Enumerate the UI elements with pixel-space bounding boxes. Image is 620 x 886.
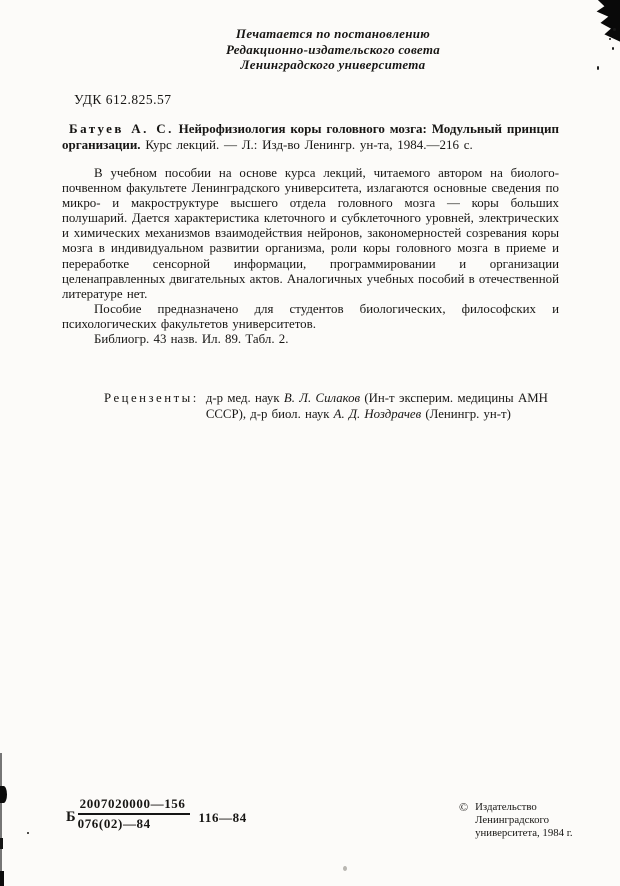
scan-artifact-edge-blob [0, 786, 7, 803]
edition-notice: Печатается по постановлению Редакционно-… [163, 26, 503, 73]
edition-notice-line: Печатается по постановлению [163, 26, 503, 42]
bibliographic-entry: Батуев А. С. Нейрофизиология коры головн… [62, 121, 559, 152]
scan-speck [343, 866, 347, 871]
reviewers-names: д-р мед. наук В. Л. Силаков (Ин-т экспер… [206, 391, 548, 423]
code-denominator: 076(02)—84 [78, 815, 190, 832]
scan-artifact-edge [0, 753, 2, 886]
reviewer-name: А. Д. Ноздрачев [334, 407, 422, 421]
print-code: Б 2007020000—156 076(02)—84 116—84 [66, 796, 247, 832]
scan-speck [612, 47, 614, 50]
scan-artifact-edge [0, 838, 3, 849]
publisher-lines: Издательство Ленинградского университета… [475, 801, 573, 840]
bib-details: Курс лекций. — Л.: Изд-во Ленингр. ун-та… [141, 137, 473, 152]
copyright-icon: © [459, 801, 468, 814]
reviewer-affiliation: (Ленингр. ун-т) [421, 407, 511, 421]
code-prefix: Б [66, 809, 76, 826]
bibliography-stats: Библиогр. 43 назв. Ил. 89. Табл. 2. [62, 332, 559, 347]
udc-number: УДК 612.825.57 [74, 92, 172, 108]
annotation-audience: Пособие предназначено для студентов биол… [62, 302, 559, 332]
reviewers-section: Рецензенты: д-р мед. наук В. Л. Силаков … [104, 391, 548, 423]
code-suffix: 116—84 [199, 810, 247, 826]
book-imprint-page: Печатается по постановлению Редакционно-… [0, 0, 620, 886]
copyright-line: университета, 1984 г. [475, 827, 573, 840]
code-fraction: 2007020000—156 076(02)—84 [78, 796, 190, 832]
scan-speck [613, 28, 616, 31]
scan-speck [609, 38, 611, 40]
edition-notice-line: Редакционно-издательского совета [163, 42, 503, 58]
reviewer-degree: д-р мед. наук [206, 391, 284, 405]
author-name: Батуев А. С. [69, 121, 174, 136]
scan-artifact-corner [594, 0, 620, 52]
copyright-line: Ленинградского [475, 814, 573, 827]
edition-notice-line: Ленинградского университета [163, 57, 503, 73]
annotation-summary: В учебном пособии на основе курса лекций… [62, 166, 559, 302]
scan-artifact-edge [0, 871, 4, 886]
scan-speck [597, 66, 599, 70]
copyright-line: Издательство [475, 801, 573, 814]
copyright-notice: © Издательство Ленинградского университе… [459, 801, 573, 840]
scan-speck [27, 832, 29, 834]
code-numerator: 2007020000—156 [78, 796, 190, 815]
reviewer-name: В. Л. Силаков [284, 391, 360, 405]
annotation-block: В учебном пособии на основе курса лекций… [62, 166, 559, 347]
reviewers-label: Рецензенты: [104, 391, 199, 407]
